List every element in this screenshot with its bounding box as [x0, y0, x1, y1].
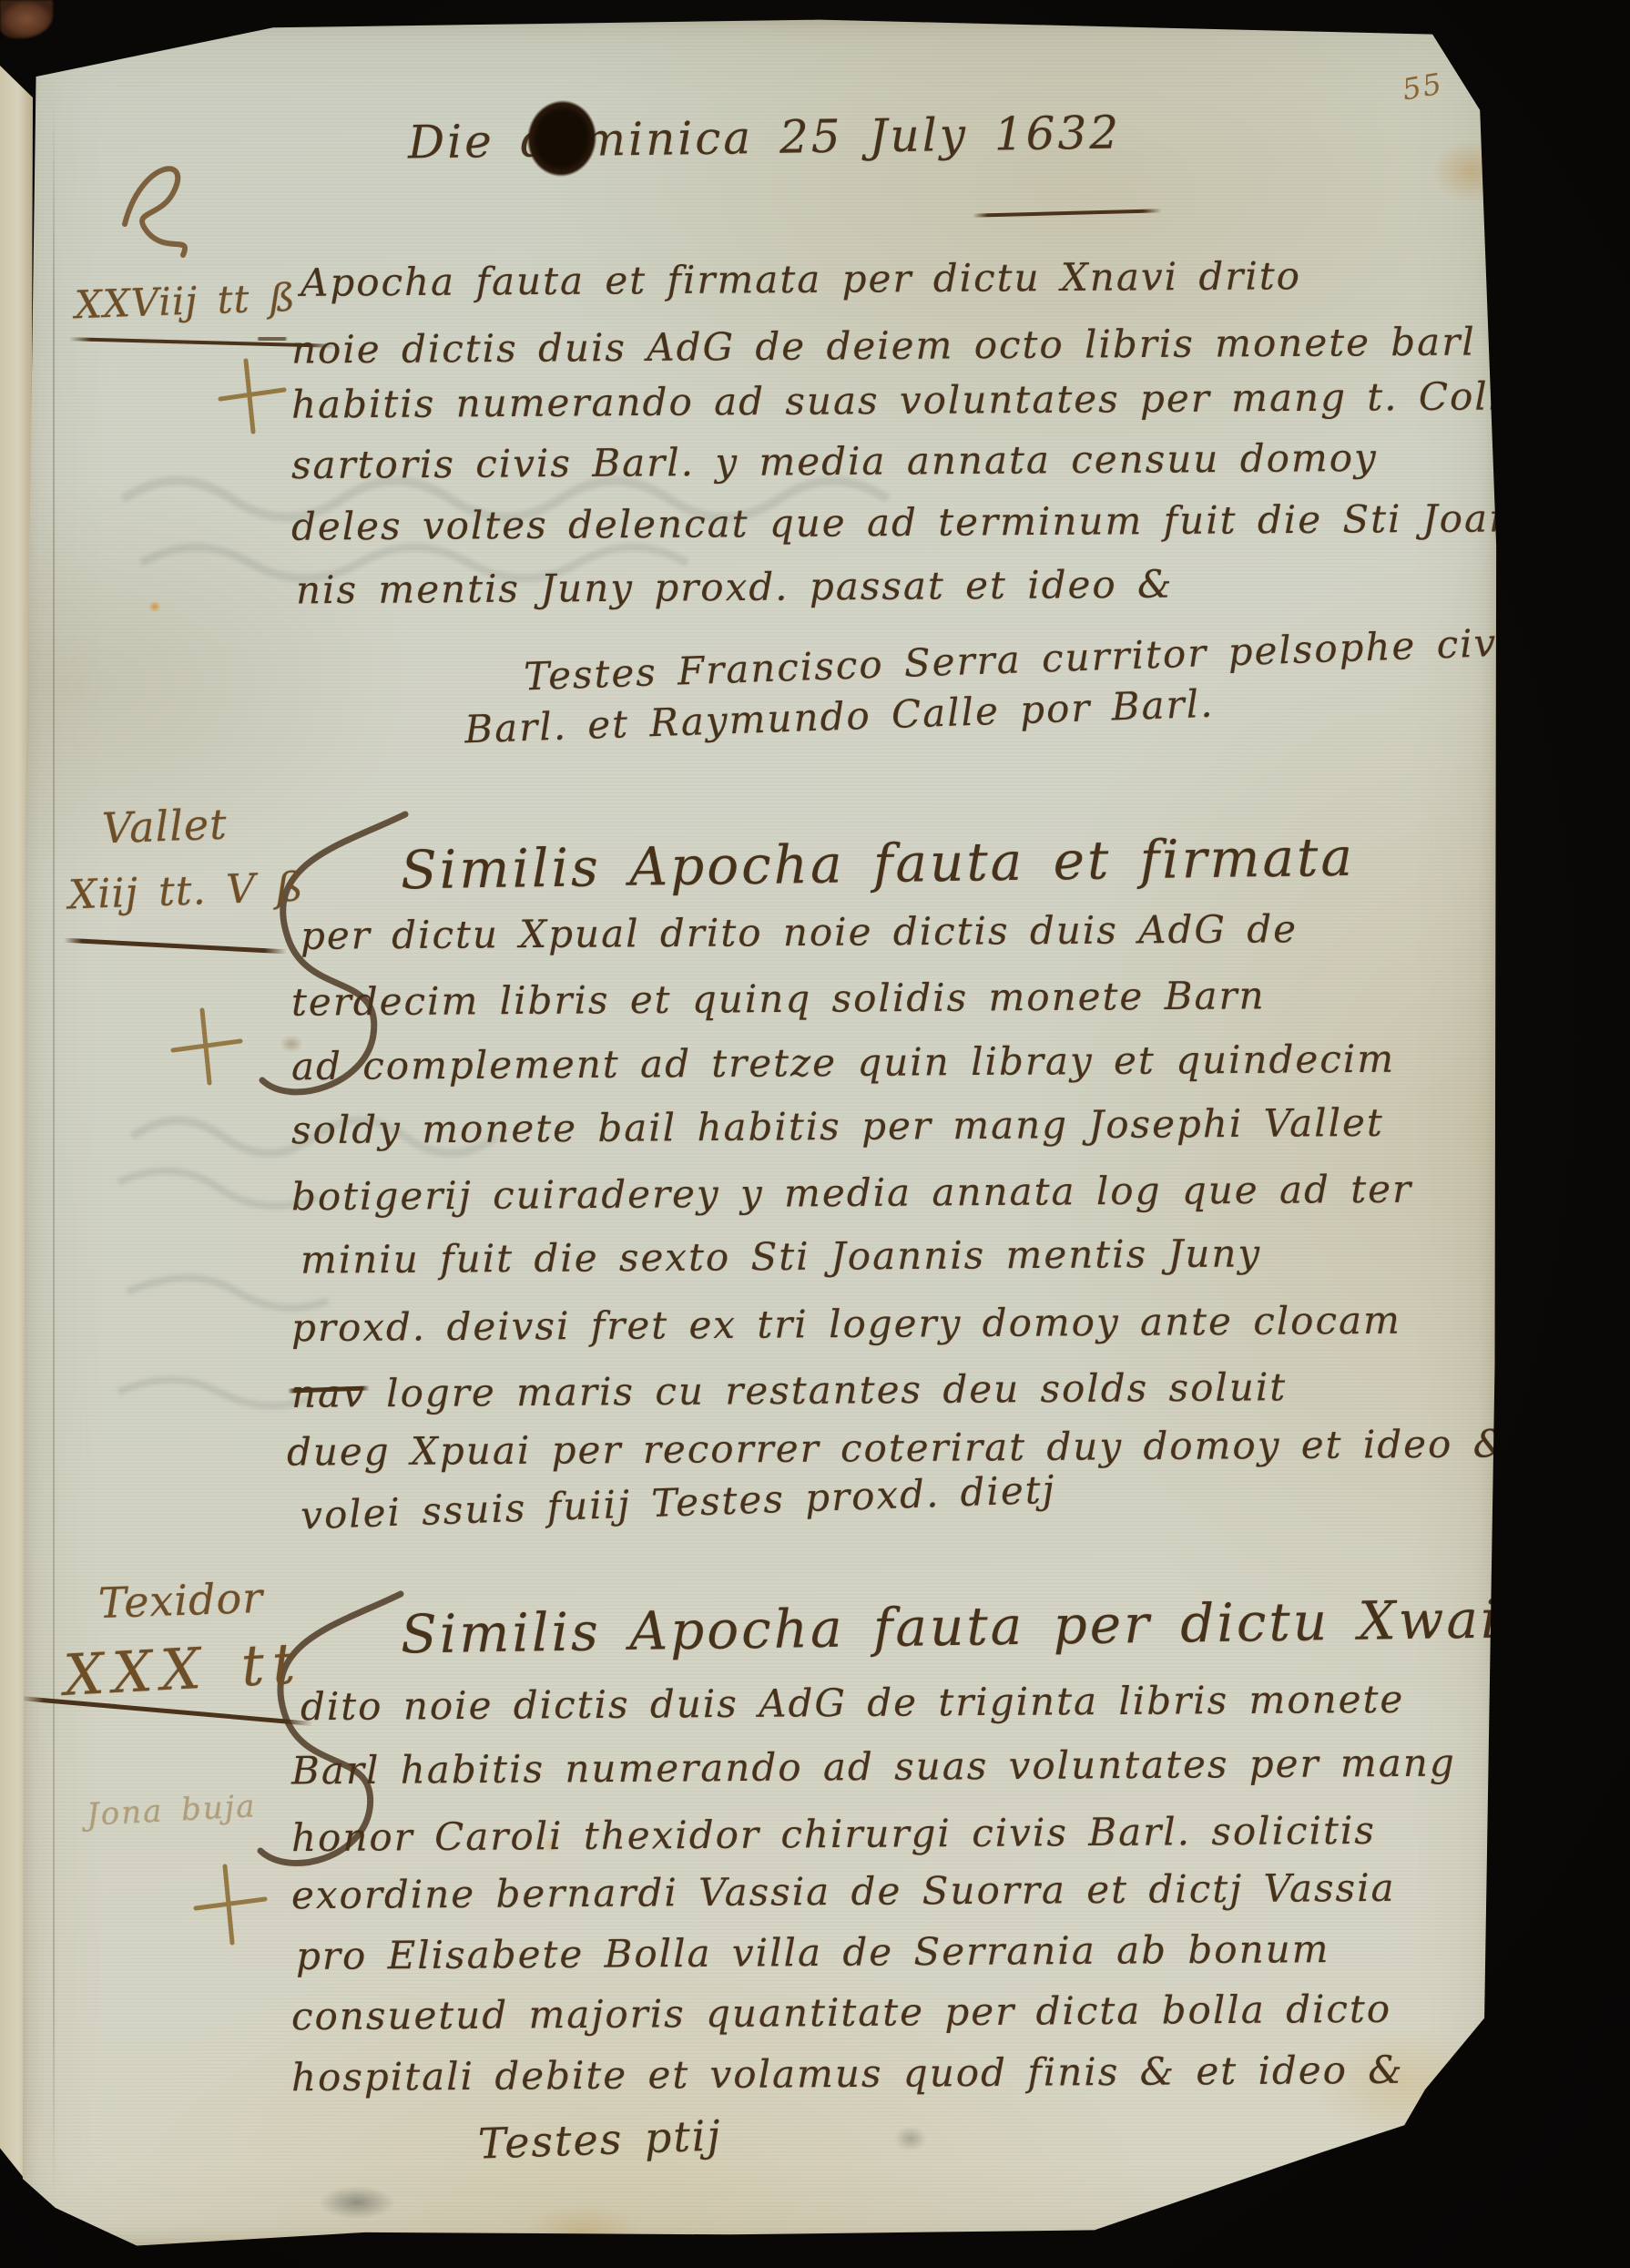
margin-label-entry-2: Vallet: [101, 800, 228, 853]
body-line: per dictu Xpual drito noie dictis duis A…: [301, 906, 1298, 958]
body-line: sartoris civis Barl. y media annata cens…: [291, 435, 1378, 487]
body-line: habitis numerando ad suas voluntates per…: [291, 373, 1503, 426]
margin-label-entry-3: Texidor: [97, 1573, 264, 1628]
manuscript-page: 55 Die dominica 25 July 1632: [18, 16, 1501, 2248]
notarial-flourish: [114, 153, 196, 253]
body-line: consuetud majoris quantitate per dicta b…: [291, 1987, 1391, 2038]
body-line: honor Caroli thexidor chirurgi civis Bar…: [291, 1808, 1376, 1860]
body-line: terdecim libris et quinq solidis monete …: [291, 973, 1266, 1024]
margin-amount-entry-3: XXX tt: [62, 1629, 304, 1709]
margin-amount-entry-1: XXViij tt ß: [74, 275, 296, 327]
body-line: Apocha fauta et firmata per dictu Xnavi …: [301, 253, 1301, 305]
body-line: exordine bernardi Vassia de Suorra et di…: [291, 1865, 1396, 1917]
folio-number: 55: [1400, 66, 1446, 107]
body-line: dito noie dictis duis AdG de triginta li…: [301, 1677, 1405, 1729]
margin-amount-entry-2: Xiij tt. V ß: [67, 864, 304, 919]
body-line: proxd. deivsi fret ex tri logery domoy a…: [291, 1298, 1401, 1351]
binding-leather-remnant: [0, 0, 53, 38]
body-line: deles voltes delencat que ad terminum fu…: [291, 495, 1515, 548]
paragraph-dash: [257, 337, 288, 341]
body-line: Barl habitis numerando ad suas voluntate…: [291, 1741, 1456, 1793]
body-line: hospitali debite et volamus quod finis &…: [291, 2048, 1404, 2100]
body-line: botigerij cuiraderey y media annata log …: [291, 1167, 1412, 1220]
body-line: soldy monete bail habitis per mang Josep…: [291, 1100, 1384, 1152]
body-line: miniu fuit die sexto Sti Joannis mentis …: [301, 1231, 1262, 1282]
gutter-crease: [53, 98, 55, 2202]
photograph-background: 55 Die dominica 25 July 1632: [0, 0, 1630, 2268]
body-line: nav logre maris cu restantes deu solds s…: [291, 1364, 1288, 1416]
body-line: noie dictis duis AdG de deiem octo libri…: [291, 319, 1476, 372]
margin-cross-entry-1: [211, 355, 293, 437]
body-line: dueg Xpuai per recorrer coterirat duy do…: [287, 1421, 1509, 1474]
body-line: pro Elisabete Bolla villa de Serrania ab…: [296, 1926, 1330, 1978]
closing-testes: Testes ptij: [477, 2110, 723, 2168]
body-line: ad complement ad tretze quin libray et q…: [291, 1037, 1395, 1088]
body-line: nis mentis Juny proxd. passat et ideo &: [296, 562, 1174, 613]
margin-cross-entry-2: [166, 1005, 248, 1087]
date-heading: Die dominica 25 July 1632: [408, 107, 1122, 169]
